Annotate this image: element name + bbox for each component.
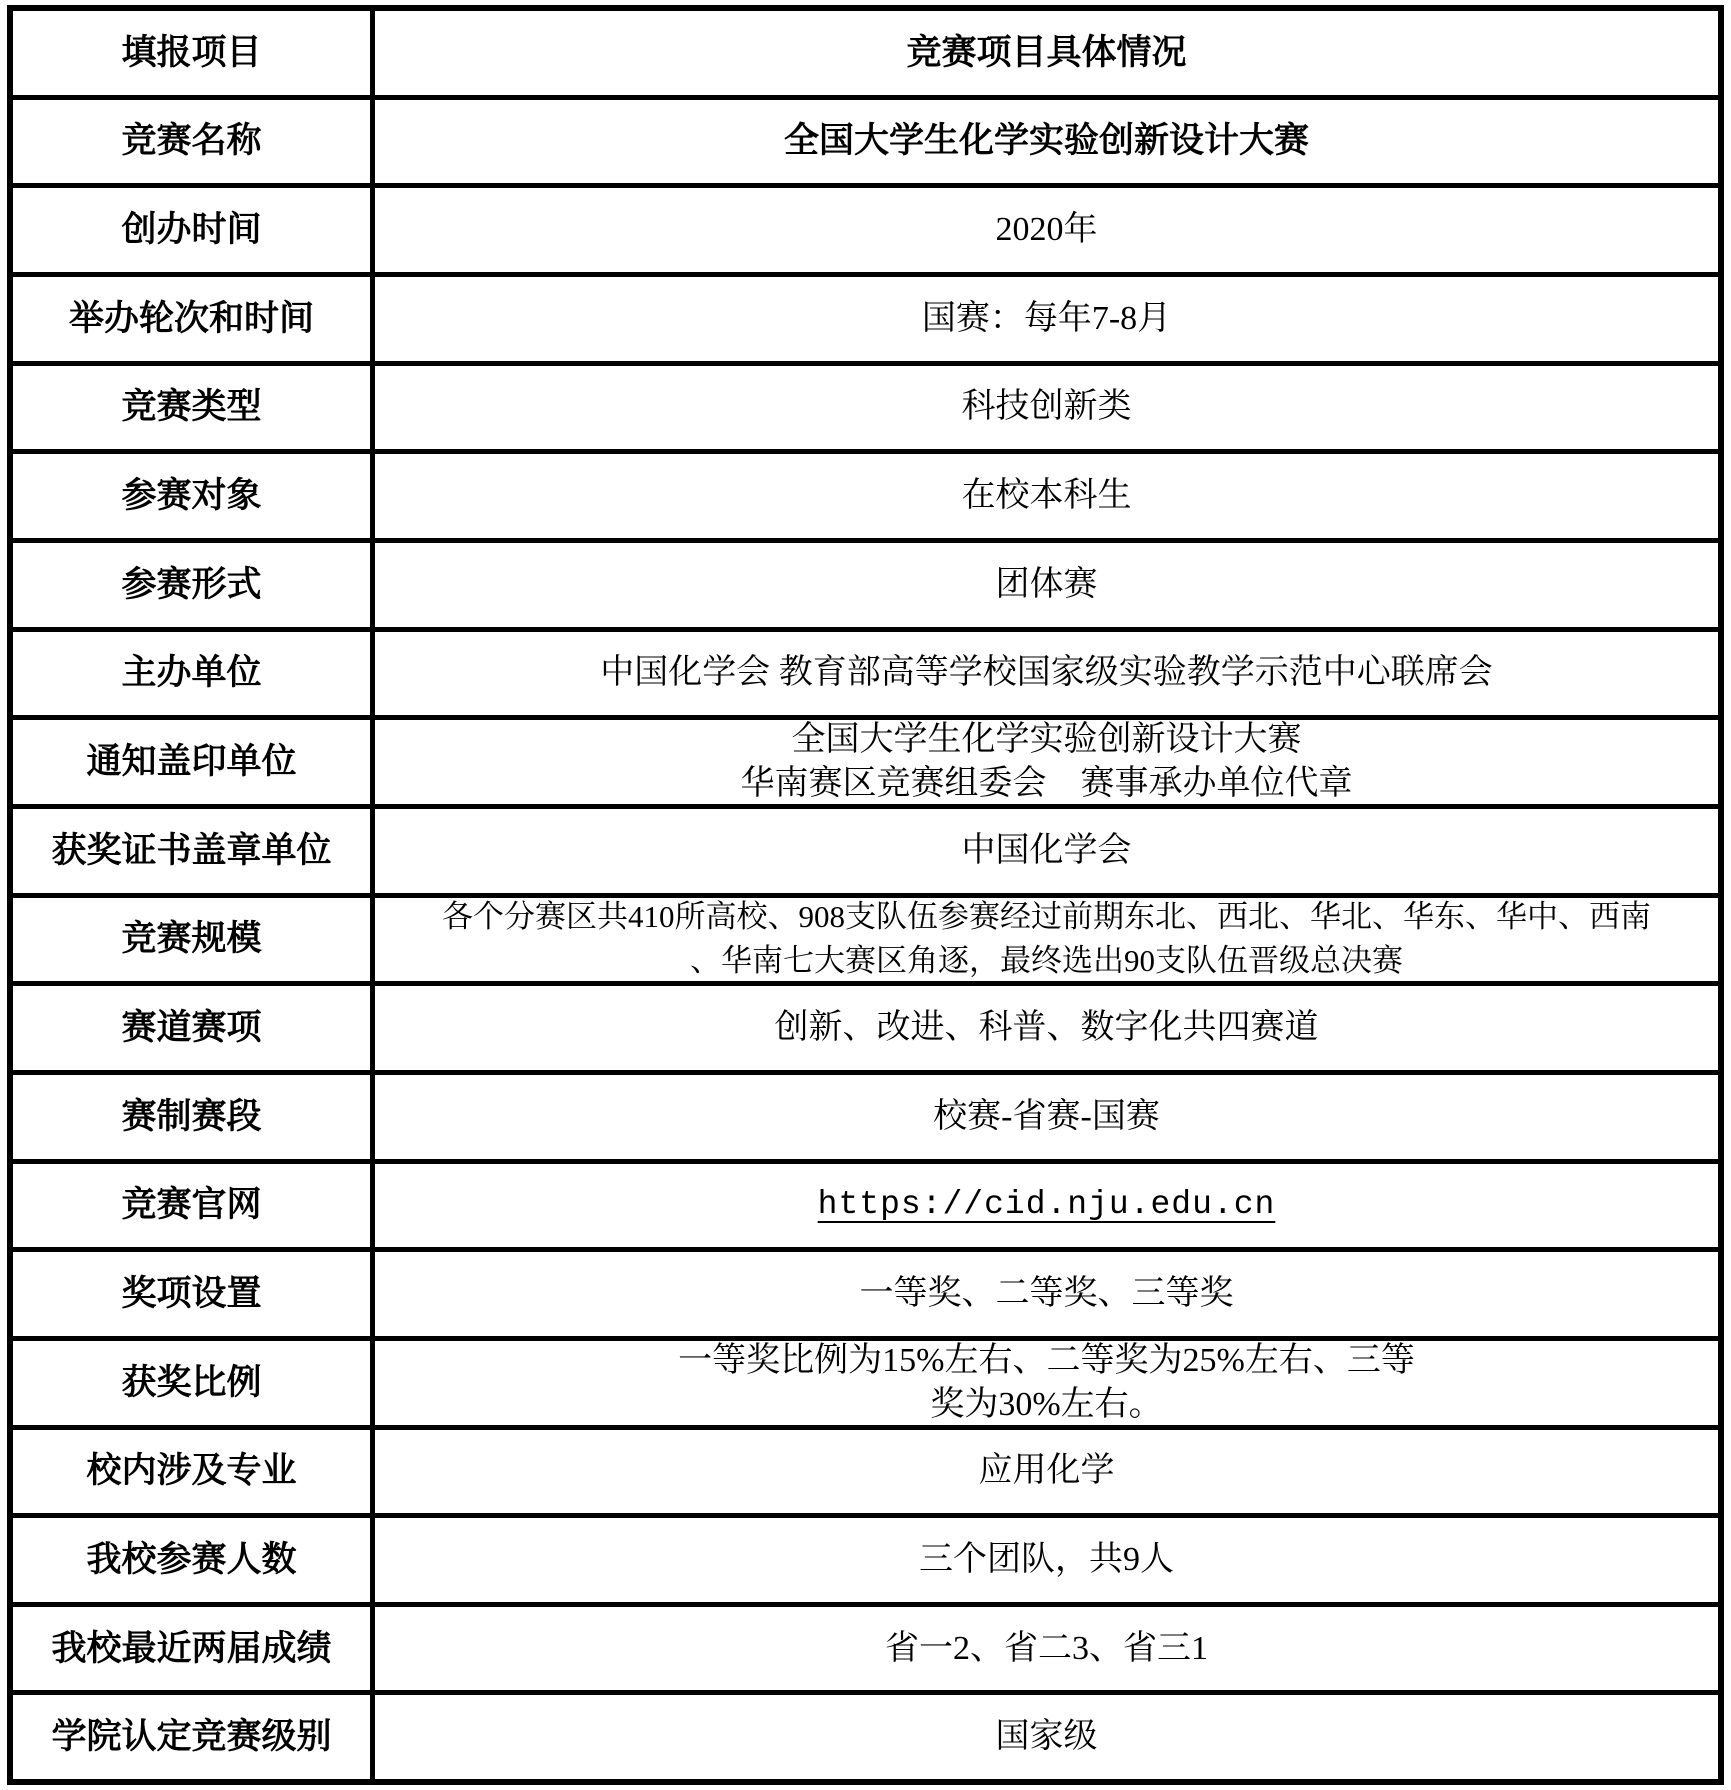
row-label: 参赛形式 [13, 543, 375, 627]
row-label: 学院认定竞赛级别 [13, 1695, 375, 1779]
row-label: 赛制赛段 [13, 1075, 375, 1159]
row-value: 团体赛 [375, 543, 1718, 627]
row-label: 获奖比例 [13, 1341, 375, 1425]
row-value: 国家级 [375, 1695, 1718, 1779]
row-value: 一等奖、二等奖、三等奖 [375, 1252, 1718, 1336]
row-competition-scale: 竞赛规模 各个分赛区共410所高校、908支队伍参赛经过前期东北、西北、华北、华… [13, 898, 1718, 987]
row-competition-type: 竞赛类型 科技创新类 [13, 366, 1718, 455]
row-label: 主办单位 [13, 632, 375, 716]
row-certificate-sealing-unit: 获奖证书盖章单位 中国化学会 [13, 809, 1718, 898]
row-label: 获奖证书盖章单位 [13, 809, 375, 893]
row-organizer: 主办单位 中国化学会 教育部高等学校国家级实验教学示范中心联席会 [13, 632, 1718, 721]
row-value: 科技创新类 [375, 366, 1718, 450]
row-competition-name: 竞赛名称 全国大学生化学实验创新设计大赛 [13, 100, 1718, 189]
row-official-website: 竞赛官网 https://cid.nju.edu.cn [13, 1164, 1718, 1253]
row-value: 创新、改进、科普、数字化共四赛道 [375, 986, 1718, 1070]
row-value: 中国化学会 [375, 809, 1718, 893]
row-value: 竞赛项目具体情况 [375, 11, 1718, 95]
row-label: 填报项目 [13, 11, 375, 95]
row-value: 各个分赛区共410所高校、908支队伍参赛经过前期东北、西北、华北、华东、华中、… [375, 898, 1718, 982]
row-value: 校赛-省赛-国赛 [375, 1075, 1718, 1159]
competition-website-link[interactable]: https://cid.nju.edu.cn [818, 1183, 1276, 1227]
row-award-ratio: 获奖比例 一等奖比例为15%左右、二等奖为25%左右、三等 奖为30%左右。 [13, 1341, 1718, 1430]
row-value: 全国大学生化学实验创新设计大赛 [375, 100, 1718, 184]
row-rounds-and-schedule: 举办轮次和时间 国赛：每年7-8月 [13, 277, 1718, 366]
row-value: 国赛：每年7-8月 [375, 277, 1718, 361]
row-recent-results: 我校最近两届成绩 省一2、省二3、省三1 [13, 1607, 1718, 1696]
row-participant-target: 参赛对象 在校本科生 [13, 454, 1718, 543]
row-form-item-header: 填报项目 竞赛项目具体情况 [13, 11, 1718, 100]
row-tracks: 赛道赛项 创新、改进、科普、数字化共四赛道 [13, 986, 1718, 1075]
row-value: 全国大学生化学实验创新设计大赛 华南赛区竞赛组委会 赛事承办单位代章 [375, 720, 1718, 804]
row-value: 中国化学会 教育部高等学校国家级实验教学示范中心联席会 [375, 632, 1718, 716]
row-label: 举办轮次和时间 [13, 277, 375, 361]
row-label: 竞赛官网 [13, 1164, 375, 1248]
row-label: 竞赛名称 [13, 100, 375, 184]
row-founding-year: 创办时间 2020年 [13, 188, 1718, 277]
row-stages: 赛制赛段 校赛-省赛-国赛 [13, 1075, 1718, 1164]
row-recognized-level: 学院认定竞赛级别 国家级 [13, 1695, 1718, 1779]
row-participation-format: 参赛形式 团体赛 [13, 543, 1718, 632]
row-label: 我校最近两届成绩 [13, 1607, 375, 1691]
row-label: 参赛对象 [13, 454, 375, 538]
row-label: 创办时间 [13, 188, 375, 272]
row-award-settings: 奖项设置 一等奖、二等奖、三等奖 [13, 1252, 1718, 1341]
row-notice-sealing-unit: 通知盖印单位 全国大学生化学实验创新设计大赛 华南赛区竞赛组委会 赛事承办单位代… [13, 720, 1718, 809]
row-value: 2020年 [375, 188, 1718, 272]
row-value: 在校本科生 [375, 454, 1718, 538]
row-value: 一等奖比例为15%左右、二等奖为25%左右、三等 奖为30%左右。 [375, 1341, 1718, 1425]
row-label: 通知盖印单位 [13, 720, 375, 804]
competition-info-table: 填报项目 竞赛项目具体情况 竞赛名称 全国大学生化学实验创新设计大赛 创办时间 … [7, 5, 1724, 1785]
row-label: 奖项设置 [13, 1252, 375, 1336]
row-label: 竞赛类型 [13, 366, 375, 450]
row-value: https://cid.nju.edu.cn [375, 1164, 1718, 1248]
row-label: 我校参赛人数 [13, 1518, 375, 1602]
row-label: 校内涉及专业 [13, 1430, 375, 1514]
row-label: 赛道赛项 [13, 986, 375, 1070]
row-school-participants: 我校参赛人数 三个团队，共9人 [13, 1518, 1718, 1607]
row-label: 竞赛规模 [13, 898, 375, 982]
row-related-majors: 校内涉及专业 应用化学 [13, 1430, 1718, 1519]
row-value: 省一2、省二3、省三1 [375, 1607, 1718, 1691]
row-value: 三个团队，共9人 [375, 1518, 1718, 1602]
row-value: 应用化学 [375, 1430, 1718, 1514]
